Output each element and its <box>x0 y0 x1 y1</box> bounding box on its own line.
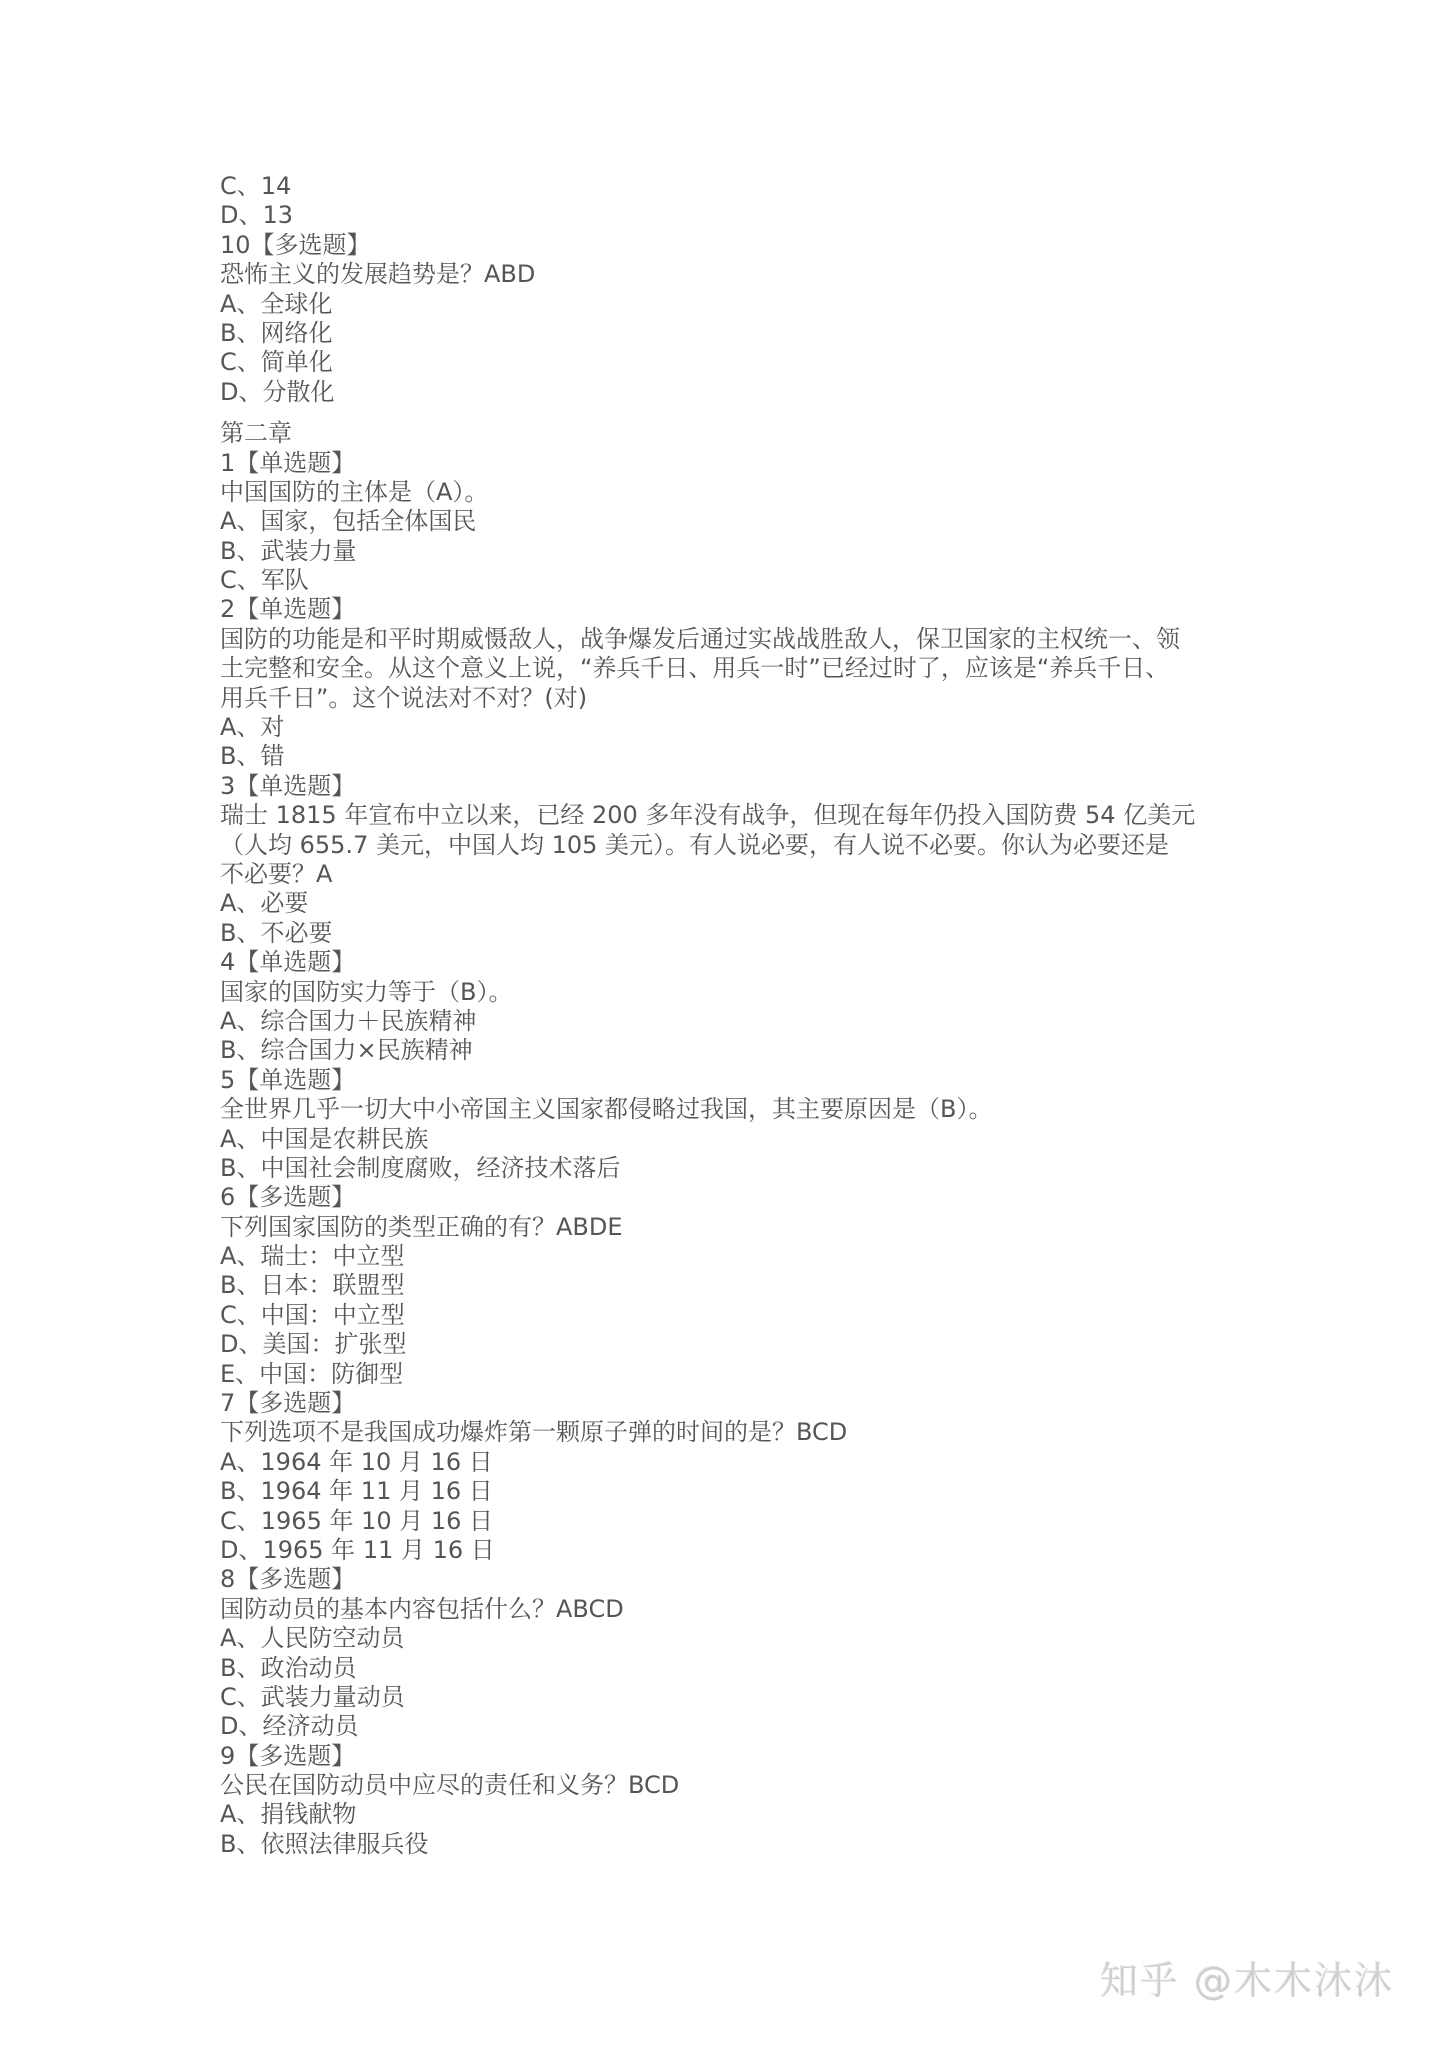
option-line: D、经济动员 <box>220 1712 1260 1741</box>
option-line: A、1964 年 10 月 16 日 <box>220 1448 1260 1477</box>
question-text: 不必要？A <box>220 860 1260 889</box>
question-header: 4【单选题】 <box>220 948 1260 977</box>
question-text: 土完整和安全。从这个意义上说，“养兵千日、用兵一时”已经过时了，应该是“养兵千日… <box>220 654 1260 683</box>
option-line: D、1965 年 11 月 16 日 <box>220 1536 1260 1565</box>
option-line: C、武装力量动员 <box>220 1683 1260 1712</box>
document-page: C、14 D、13 10【多选题】 恐怖主义的发展趋势是？ABD A、全球化 B… <box>220 172 1260 1859</box>
question-text: 下列国家国防的类型正确的有？ABDE <box>220 1213 1260 1242</box>
option-line: B、中国社会制度腐败，经济技术落后 <box>220 1154 1260 1183</box>
zhihu-watermark: 知乎 @木木沐沐 <box>1100 1950 1394 2005</box>
option-line: A、必要 <box>220 889 1260 918</box>
question-header: 8【多选题】 <box>220 1565 1260 1594</box>
question-header: 7【多选题】 <box>220 1389 1260 1418</box>
option-line: B、不必要 <box>220 919 1260 948</box>
question-text: 全世界几乎一切大中小帝国主义国家都侵略过我国，其主要原因是（B）。 <box>220 1095 1260 1124</box>
question-text: 国防动员的基本内容包括什么？ABCD <box>220 1595 1260 1624</box>
option-line: B、武装力量 <box>220 537 1260 566</box>
question-text: 用兵千日”。这个说法对不对？(对) <box>220 684 1260 713</box>
option-line: A、捐钱献物 <box>220 1800 1260 1829</box>
question-header: 5【单选题】 <box>220 1066 1260 1095</box>
question-header: 2【单选题】 <box>220 595 1260 624</box>
option-line: B、错 <box>220 742 1260 771</box>
option-line: A、中国是农耕民族 <box>220 1125 1260 1154</box>
question-header: 1【单选题】 <box>220 449 1260 478</box>
question-text: 公民在国防动员中应尽的责任和义务？BCD <box>220 1771 1260 1800</box>
option-line: A、对 <box>220 713 1260 742</box>
question-header: 6【多选题】 <box>220 1183 1260 1212</box>
option-line: C、军队 <box>220 566 1260 595</box>
question-header: 10【多选题】 <box>220 231 1260 260</box>
option-line: C、中国：中立型 <box>220 1301 1260 1330</box>
question-text: 中国国防的主体是（A）。 <box>220 478 1260 507</box>
option-line: B、依照法律服兵役 <box>220 1830 1260 1859</box>
option-line: E、中国：防御型 <box>220 1360 1260 1389</box>
option-line: D、美国：扩张型 <box>220 1330 1260 1359</box>
option-line: A、瑞士：中立型 <box>220 1242 1260 1271</box>
option-line: B、网络化 <box>220 319 1260 348</box>
question-text: 国家的国防实力等于（B）。 <box>220 978 1260 1007</box>
section-gap <box>220 407 1260 419</box>
question-header: 3【单选题】 <box>220 772 1260 801</box>
option-line: A、全球化 <box>220 290 1260 319</box>
question-text: 恐怖主义的发展趋势是？ABD <box>220 260 1260 289</box>
question-header: 9【多选题】 <box>220 1742 1260 1771</box>
option-line: D、分散化 <box>220 378 1260 407</box>
option-line: B、1964 年 11 月 16 日 <box>220 1477 1260 1506</box>
chapter-title: 第二章 <box>220 419 1260 448</box>
option-line: C、14 <box>220 172 1260 201</box>
option-line: A、综合国力＋民族精神 <box>220 1007 1260 1036</box>
option-line: C、简单化 <box>220 348 1260 377</box>
question-text: 国防的功能是和平时期威慑敌人，战争爆发后通过实战战胜敌人，保卫国家的主权统一、领 <box>220 625 1260 654</box>
option-line: D、13 <box>220 201 1260 230</box>
question-text: （人均 655.7 美元，中国人均 105 美元）。有人说必要，有人说不必要。你… <box>220 831 1260 860</box>
option-line: B、政治动员 <box>220 1654 1260 1683</box>
question-text: 下列选项不是我国成功爆炸第一颗原子弹的时间的是？BCD <box>220 1418 1260 1447</box>
option-line: B、日本：联盟型 <box>220 1271 1260 1300</box>
option-line: A、人民防空动员 <box>220 1624 1260 1653</box>
option-line: B、综合国力×民族精神 <box>220 1036 1260 1065</box>
option-line: C、1965 年 10 月 16 日 <box>220 1507 1260 1536</box>
question-text: 瑞士 1815 年宣布中立以来，已经 200 多年没有战争，但现在每年仍投入国防… <box>220 801 1260 830</box>
option-line: A、国家，包括全体国民 <box>220 507 1260 536</box>
